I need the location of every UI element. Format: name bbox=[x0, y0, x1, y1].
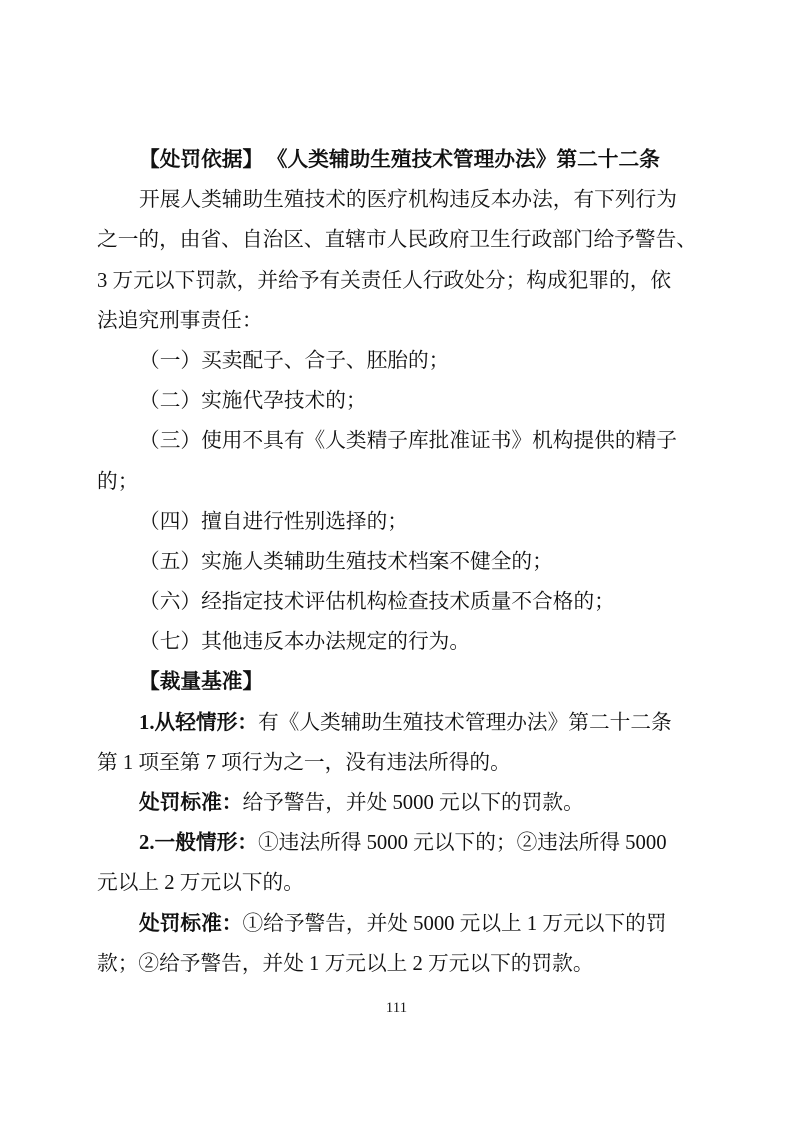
text-line: 【处罚依据】《人类辅助生殖技术管理办法》第二十二条 bbox=[97, 140, 709, 180]
bold-run: 2.一般情形： bbox=[139, 832, 258, 854]
text-line: （四）擅自进行性别选择的； bbox=[97, 502, 709, 542]
text-line: 款；②给予警告，并处 1 万元以上 2 万元以下的罚款。 bbox=[97, 944, 709, 984]
bold-run: 1.从轻情形： bbox=[139, 712, 258, 734]
page-number: 111 bbox=[386, 1000, 407, 1016]
text-line: （一）买卖配子、合子、胚胎的； bbox=[97, 341, 709, 381]
bold-run: 处罚标准： bbox=[139, 792, 242, 814]
document-page: 【处罚依据】《人类辅助生殖技术管理办法》第二十二条开展人类辅助生殖技术的医疗机构… bbox=[0, 0, 793, 1122]
text-run: （七）其他违反本办法规定的行为。 bbox=[139, 631, 470, 653]
bold-run: 《人类辅助生殖技术管理办法》第二十二条 bbox=[277, 149, 660, 171]
text-run: ①违法所得 5000 元以下的；②违法所得 5000 bbox=[258, 832, 667, 854]
text-line: 处罚标准：给予警告，并处 5000 元以下的罚款。 bbox=[97, 783, 709, 823]
text-run: 之一的，由省、自治区、直辖市人民政府卫生行政部门给予警告、 bbox=[97, 229, 697, 251]
text-run: 的； bbox=[97, 471, 138, 493]
text-line: 之一的，由省、自治区、直辖市人民政府卫生行政部门给予警告、 bbox=[97, 220, 709, 260]
text-line: （二）实施代孕技术的； bbox=[97, 381, 709, 421]
text-run: （五）实施人类辅助生殖技术档案不健全的； bbox=[139, 551, 553, 573]
text-line: 【裁量基准】 bbox=[97, 662, 709, 702]
text-run: （四）擅自进行性别选择的； bbox=[139, 511, 408, 533]
text-line: （七）其他违反本办法规定的行为。 bbox=[97, 622, 709, 662]
text-run: （二）实施代孕技术的； bbox=[139, 390, 367, 412]
text-line: 法追究刑事责任： bbox=[97, 301, 709, 341]
text-run: 有《人类辅助生殖技术管理办法》第二十二条 bbox=[258, 712, 672, 734]
text-line: 处罚标准：①给予警告，并处 5000 元以上 1 万元以下的罚 bbox=[97, 904, 709, 944]
text-run: （三）使用不具有《人类精子库批准证书》机构提供的精子 bbox=[139, 430, 677, 452]
text-run: 第 1 项至第 7 项行为之一，没有违法所得的。 bbox=[97, 752, 511, 774]
text-run: 元以上 2 万元以下的。 bbox=[97, 872, 304, 894]
text-line: 元以上 2 万元以下的。 bbox=[97, 863, 709, 903]
text-run: 3 万元以下罚款，并给予有关责任人行政处分；构成犯罪的，依 bbox=[97, 270, 671, 292]
page-footer: 111 bbox=[0, 998, 793, 1018]
text-run: （一）买卖配子、合子、胚胎的； bbox=[139, 350, 449, 372]
text-run: ①给予警告，并处 5000 元以上 1 万元以下的罚 bbox=[242, 913, 666, 935]
text-run: （六）经指定技术评估机构检查技术质量不合格的； bbox=[139, 591, 615, 613]
text-line: 1.从轻情形：有《人类辅助生殖技术管理办法》第二十二条 bbox=[97, 703, 709, 743]
bold-run: 【处罚依据】 bbox=[139, 149, 263, 171]
text-run: 法追究刑事责任： bbox=[97, 310, 263, 332]
text-run: 款；②给予警告，并处 1 万元以上 2 万元以下的罚款。 bbox=[97, 953, 594, 975]
text-run: 给予警告，并处 5000 元以下的罚款。 bbox=[242, 792, 583, 814]
text-line: （三）使用不具有《人类精子库批准证书》机构提供的精子 bbox=[97, 421, 709, 461]
bold-run: 【裁量基准】 bbox=[139, 671, 263, 693]
document-body: 【处罚依据】《人类辅助生殖技术管理办法》第二十二条开展人类辅助生殖技术的医疗机构… bbox=[97, 140, 709, 984]
text-line: 2.一般情形：①违法所得 5000 元以下的；②违法所得 5000 bbox=[97, 823, 709, 863]
text-line: 开展人类辅助生殖技术的医疗机构违反本办法，有下列行为 bbox=[97, 180, 709, 220]
text-run: 开展人类辅助生殖技术的医疗机构违反本办法，有下列行为 bbox=[139, 189, 677, 211]
bold-run: 处罚标准： bbox=[139, 913, 242, 935]
text-line: 的； bbox=[97, 462, 709, 502]
text-line: （六）经指定技术评估机构检查技术质量不合格的； bbox=[97, 582, 709, 622]
text-line: （五）实施人类辅助生殖技术档案不健全的； bbox=[97, 542, 709, 582]
text-line: 第 1 项至第 7 项行为之一，没有违法所得的。 bbox=[97, 743, 709, 783]
text-line: 3 万元以下罚款，并给予有关责任人行政处分；构成犯罪的，依 bbox=[97, 261, 709, 301]
